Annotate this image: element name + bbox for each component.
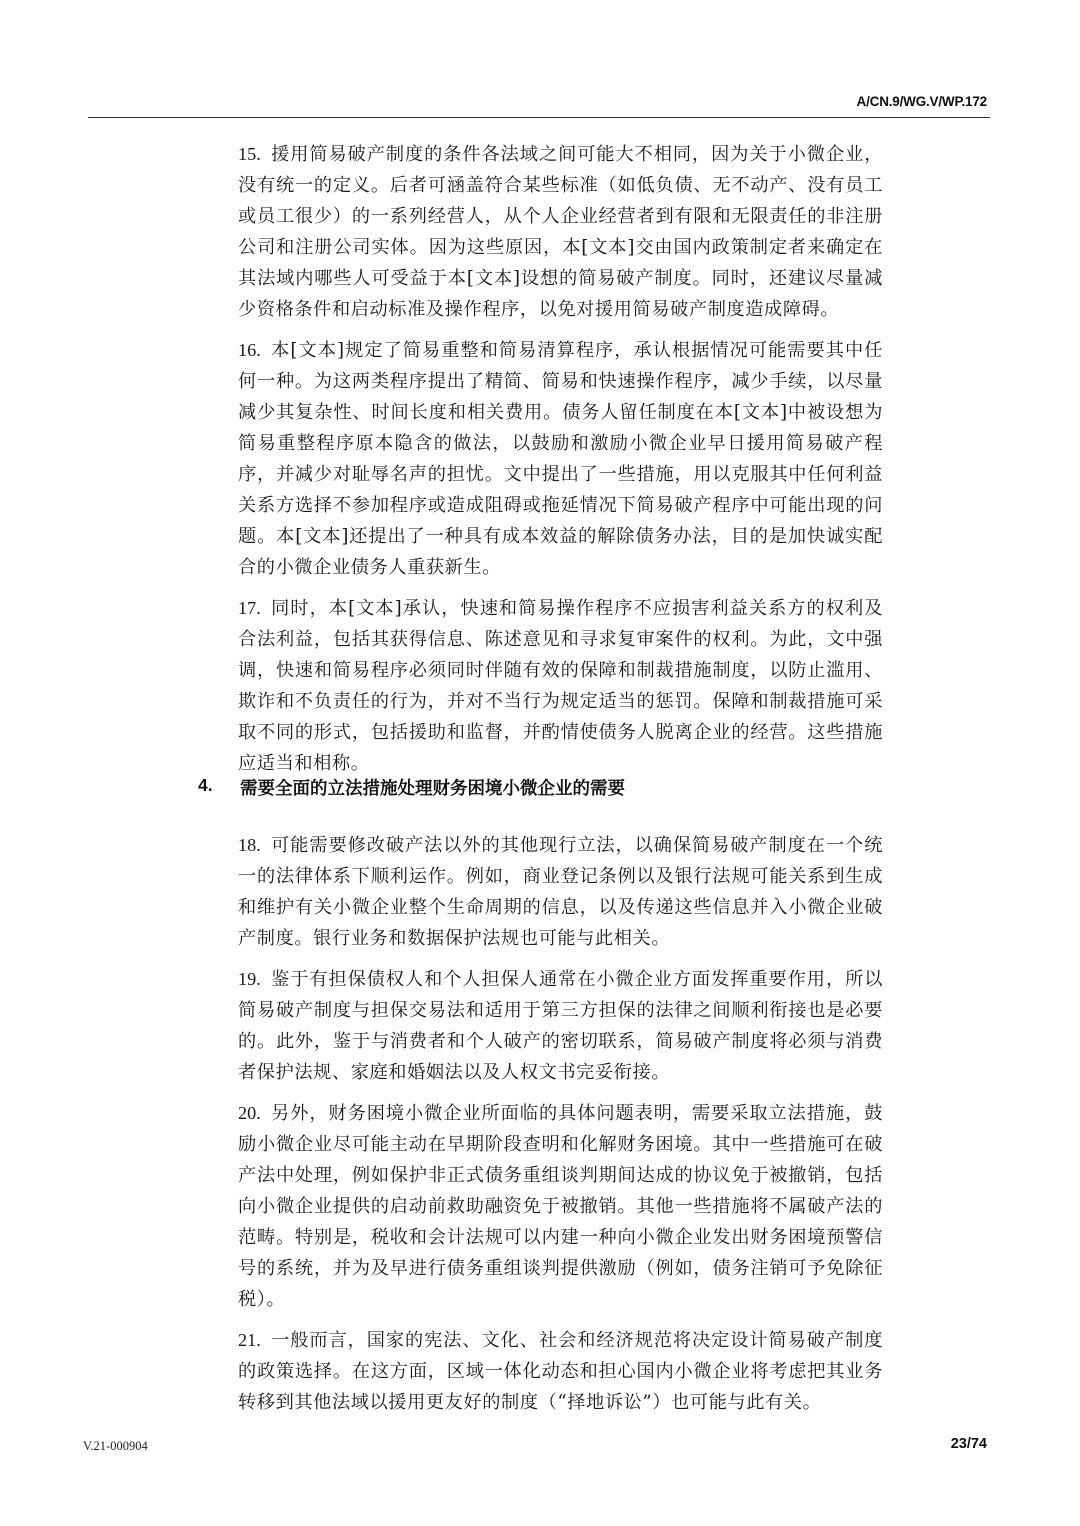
paragraph-text: 可能需要修改破产法以外的其他现行立法，以确保简易破产制度在一个统一的法律体系下顺… [238,835,883,949]
paragraph-text: 同时，本[文本]承认，快速和简易操作程序不应损害利益关系方的权利及合法利益，包括… [238,598,883,774]
paragraph-number: 20. [238,1098,261,1129]
job-number: V.21-000904 [83,1439,148,1454]
page-number: 23/74 [951,1436,987,1452]
paragraph-number: 17. [238,593,261,624]
document-symbol: A/CN.9/WG.V/WP.172 [857,94,987,109]
paragraph-19: 19.鉴于有担保债权人和个人担保人通常在小微企业方面发挥重要作用，所以简易破产制… [238,964,883,1088]
paragraph-text: 鉴于有担保债权人和个人担保人通常在小微企业方面发挥重要作用，所以简易破产制度与担… [238,969,883,1083]
paragraph-number: 16. [238,335,261,366]
paragraph-number: 15. [238,139,261,170]
paragraph-text: 援用简易破产制度的条件各法域之间可能大不相同，因为关于小微企业，没有统一的定义。… [238,144,883,320]
paragraph-16: 16.本[文本]规定了简易重整和简易清算程序，承认根据情况可能需要其中任何一种。… [238,335,883,583]
paragraphs-block-1: 15.援用简易破产制度的条件各法域之间可能大不相同，因为关于小微企业，没有统一的… [238,139,883,789]
paragraph-number: 18. [238,830,261,861]
paragraph-number: 21. [238,1325,261,1356]
section-title: 需要全面的立法措施处理财务困境小微企业的需要 [240,775,625,800]
paragraph-text: 本[文本]规定了简易重整和简易清算程序，承认根据情况可能需要其中任何一种。为这两… [238,340,883,578]
paragraph-number: 19. [238,964,261,995]
section-number: 4. [198,775,240,800]
paragraph-21: 21.一般而言，国家的宪法、文化、社会和经济规范将决定设计简易破产制度的政策选择… [238,1325,883,1418]
paragraph-18: 18.可能需要修改破产法以外的其他现行立法，以确保简易破产制度在一个统一的法律体… [238,830,883,954]
section-heading: 4. 需要全面的立法措施处理财务困境小微企业的需要 [198,775,625,800]
paragraphs-block-2: 18.可能需要修改破产法以外的其他现行立法，以确保简易破产制度在一个统一的法律体… [238,830,883,1428]
header-divider [88,117,990,118]
paragraph-text: 一般而言，国家的宪法、文化、社会和经济规范将决定设计简易破产制度的政策选择。在这… [238,1330,883,1413]
paragraph-17: 17.同时，本[文本]承认，快速和简易操作程序不应损害利益关系方的权利及合法利益… [238,593,883,779]
paragraph-text: 另外，财务困境小微企业所面临的具体问题表明，需要采取立法措施，鼓励小微企业尽可能… [238,1103,883,1310]
paragraph-20: 20.另外，财务困境小微企业所面临的具体问题表明，需要采取立法措施，鼓励小微企业… [238,1098,883,1315]
paragraph-15: 15.援用简易破产制度的条件各法域之间可能大不相同，因为关于小微企业，没有统一的… [238,139,883,325]
